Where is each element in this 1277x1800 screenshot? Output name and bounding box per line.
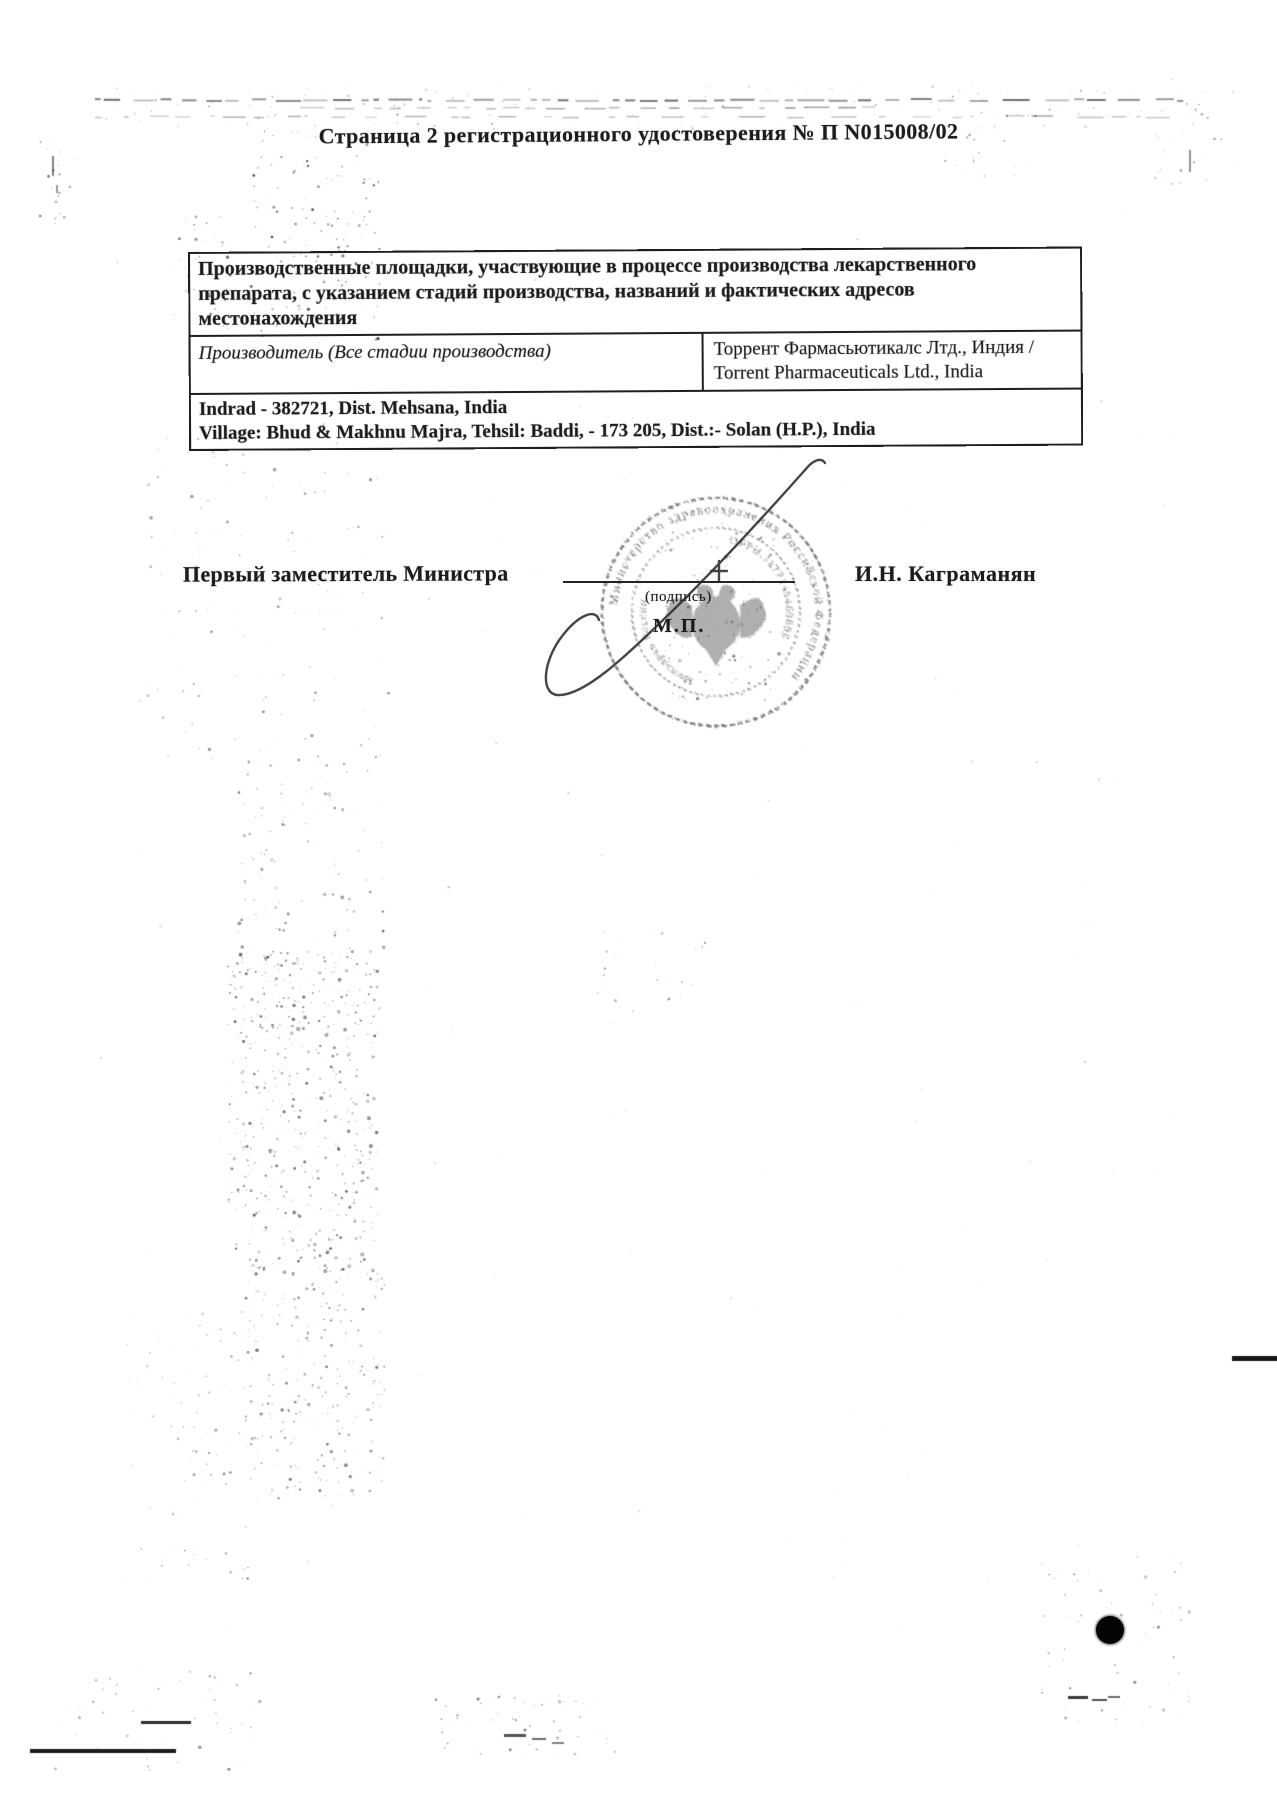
signatory-title: Первый заместитель Министра [183,560,509,587]
table-header-row: Производственные площадки, участвующие в… [189,248,1081,336]
black-dot-artifact [1096,1616,1124,1644]
production-sites-table: Производственные площадки, участвующие в… [188,247,1083,451]
signatory-name: И.Н. Каграманян [855,561,1036,587]
producer-value-cell: Торрент Фармасьютикалс Лтд., Индия / Tor… [703,331,1082,391]
address-cell: Indrad - 382721, Dist. Mehsana, India Vi… [190,389,1082,450]
producer-value-line2: Torrent Pharmaceuticals Ltd., India [714,360,1071,386]
producer-label-cell: Производитель (Все стадии производства) [190,333,703,394]
producer-value-line1: Торрент Фармасьютикалс Лтд., Индия / [714,336,1071,362]
producer-row: Производитель (Все стадии производства) … [190,331,1082,394]
address-line2: Village: Bhud & Makhnu Majra, Tehsil: Ba… [199,417,1073,446]
address-row: Indrad - 382721, Dist. Mehsana, India Vi… [190,389,1082,450]
table-header-cell: Производственные площадки, участвующие в… [189,248,1081,336]
signature-stroke [495,445,845,725]
